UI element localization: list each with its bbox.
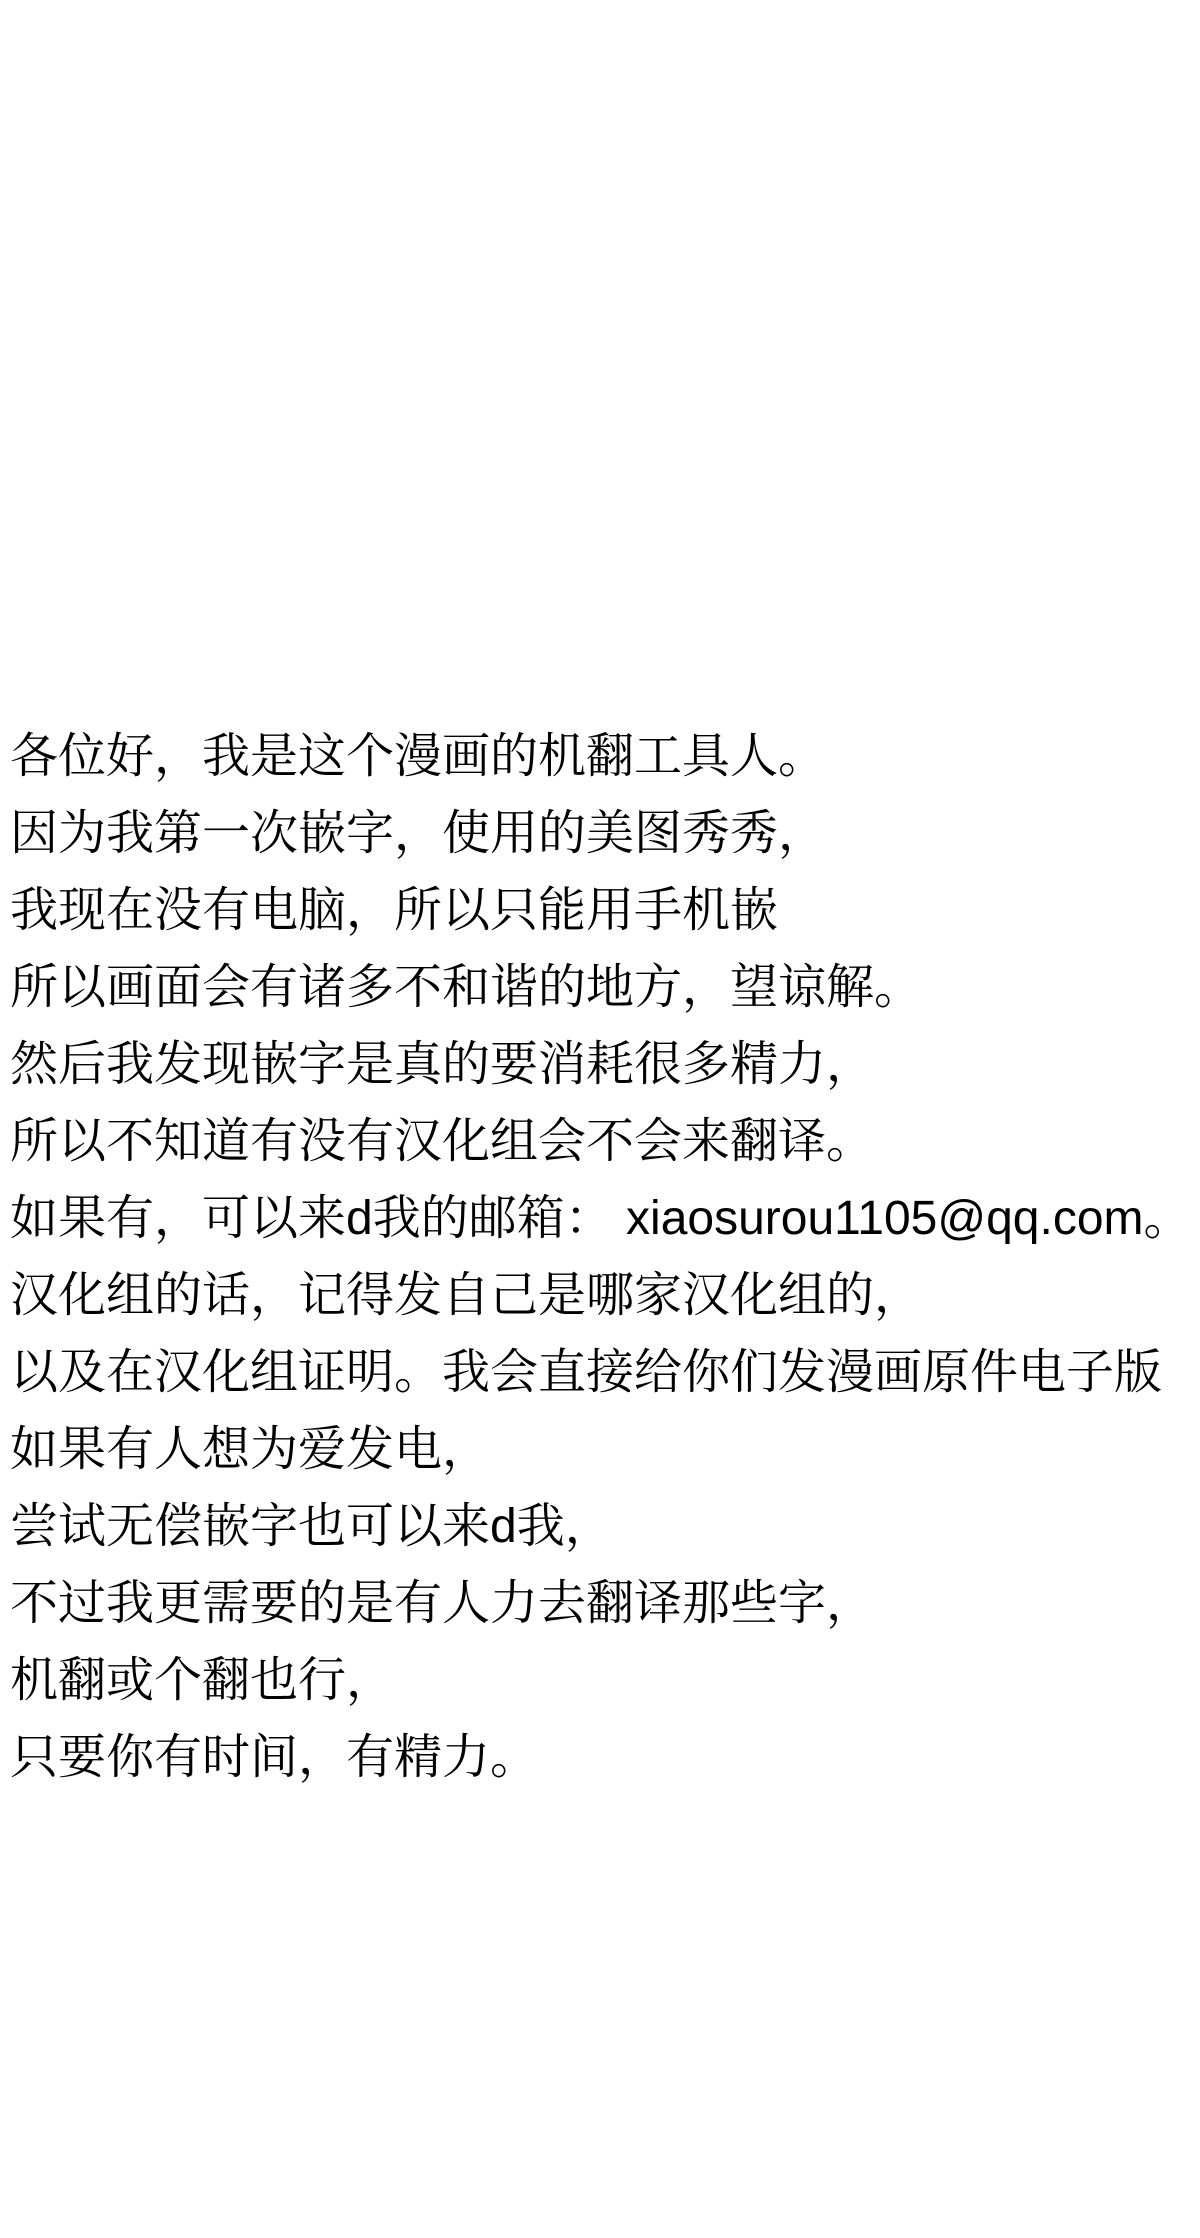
text-line-email: 如果有，可以来d我的邮箱： xiaosurou1105@qq.com。 [10, 1180, 1200, 1257]
text-line-no-computer: 我现在没有电脑，所以只能用手机嵌 [10, 872, 1200, 949]
text-line-need-translators: 不过我更需要的是有人力去翻译那些字， [10, 1565, 1200, 1642]
text-line-group-proof: 以及在汉化组证明。我会直接给你们发漫画原件电子版 [10, 1334, 1200, 1411]
text-line-group-identify: 汉化组的话，记得发自己是哪家汉化组的， [10, 1257, 1200, 1334]
text-line-volunteer: 如果有人想为爱发电， [10, 1411, 1200, 1488]
text-line-free-typeset: 尝试无偿嵌字也可以来d我， [10, 1488, 1200, 1565]
text-line-mtl-ok: 机翻或个翻也行， [10, 1642, 1200, 1719]
text-line-translation-group: 所以不知道有没有汉化组会不会来翻译。 [10, 1103, 1200, 1180]
translator-note-text: 各位好，我是这个漫画的机翻工具人。 因为我第一次嵌字，使用的美图秀秀， 我现在没… [10, 718, 1200, 1796]
text-line-effort: 然后我发现嵌字是真的要消耗很多精力， [10, 1026, 1200, 1103]
note-page: 各位好，我是这个漫画的机翻工具人。 因为我第一次嵌字，使用的美图秀秀， 我现在没… [0, 0, 1200, 2238]
text-line-time-energy: 只要你有时间，有精力。 [10, 1719, 1200, 1796]
text-line-first-typeset: 因为我第一次嵌字，使用的美图秀秀， [10, 795, 1200, 872]
text-line-apology: 所以画面会有诸多不和谐的地方，望谅解。 [10, 949, 1200, 1026]
text-line-greeting: 各位好，我是这个漫画的机翻工具人。 [10, 718, 1200, 795]
